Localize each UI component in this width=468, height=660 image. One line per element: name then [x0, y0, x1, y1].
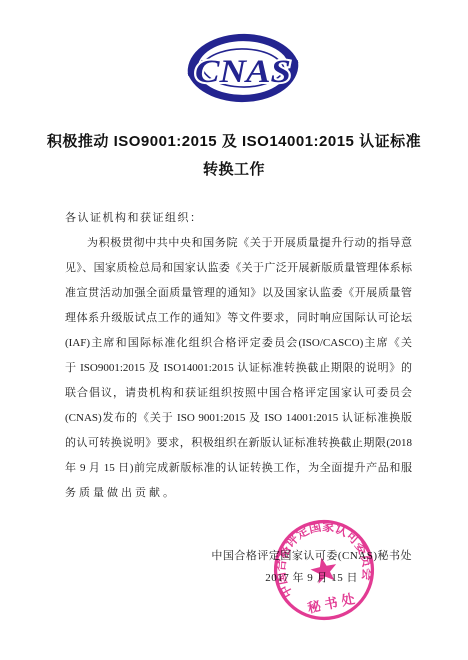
title-line-2: 转换工作 — [0, 156, 468, 184]
seal-star-icon — [309, 555, 340, 585]
body-line: 于 ISO9001:2015 及 ISO14001:2015 认证标准转换截止期… — [65, 356, 412, 381]
body-line: 的认可转换说明》要求，积极组织在新版认证标准转换截止期限(2018 — [65, 431, 412, 456]
cnas-logo: CNAS — [186, 30, 300, 106]
official-seal: 中国合格评定国家认可委员会 秘书处 — [272, 518, 376, 622]
body-line: 联合倡议，请贵机构和获证组织按照中国合格评定国家认可委员会 — [65, 381, 412, 406]
body-line: (CNAS)发布的《关于 ISO 9001:2015 及 ISO 14001:2… — [65, 406, 412, 431]
body-line: 务质量做出贡献。 — [65, 481, 412, 506]
title-line-1: 积极推动 ISO9001:2015 及 ISO14001:2015 认证标准 — [0, 128, 468, 156]
logo-wordmark: CNAS — [195, 54, 291, 90]
body-line: 见》、国家质检总局和国家认监委《关于广泛开展新版质量管理体系标 — [65, 256, 412, 281]
seal-ring-text-holder: 中国合格评定国家认可委员会 — [272, 518, 376, 602]
body-line: 为积极贯彻中共中央和国务院《关于开展质量提升行动的指导意 — [65, 231, 412, 256]
seal-ring-text: 中国合格评定国家认可委员会 — [272, 518, 376, 602]
body-line: (IAF)主席和国际标准化组织合格评定委员会(ISO/CASCO)主席《关 — [65, 331, 412, 356]
body-line: 年 9 月 15 日)前完成新版标准的认证转换工作，为全面提升产品和服 — [65, 456, 412, 481]
salutation: 各认证机构和获证组织： — [65, 206, 412, 231]
document-title: 积极推动 ISO9001:2015 及 ISO14001:2015 认证标准 转… — [0, 128, 468, 184]
body-line: 理体系升级版试点工作的通知》等文件要求，同时响应国际认可论坛 — [65, 306, 412, 331]
seal-bottom-text: 秘书处 — [306, 589, 360, 615]
body-line: 准宣贯活动加强全面质量管理的通知》以及国家认监委《开展质量管 — [65, 281, 412, 306]
document-page: CNAS 积极推动 ISO9001:2015 及 ISO14001:2015 认… — [0, 0, 468, 660]
letter-body: 各认证机构和获证组织： 为积极贯彻中共中央和国务院《关于开展质量提升行动的指导意… — [65, 206, 412, 506]
